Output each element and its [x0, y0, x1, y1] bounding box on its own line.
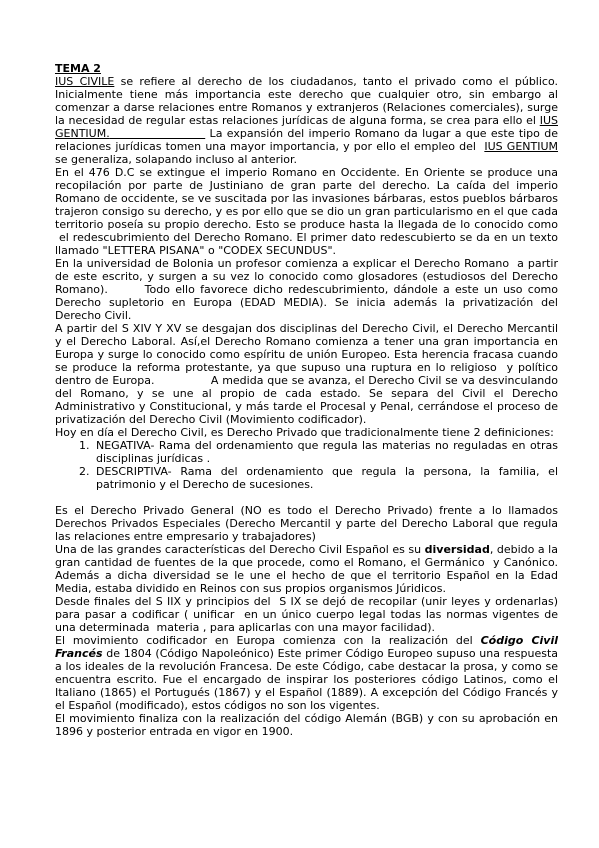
text-run: Es el Derecho Privado General (NO es tod…: [55, 504, 558, 543]
text-run: A partir del S XIV Y XV se desgajan dos …: [55, 322, 558, 426]
text-run: IUS GENTIUM: [484, 140, 558, 153]
text-run: IUS CIVILE: [55, 75, 114, 88]
paragraph-476-dc: En el 476 D.C se extingue el imperio Rom…: [55, 166, 558, 257]
paragraph-codigo-civil-frances: El movimiento codificador en Europa comi…: [55, 634, 558, 712]
blank-line: [55, 491, 558, 504]
doc-title: TEMA 2: [55, 62, 558, 75]
definitions-list: NEGATIVA- Rama del ordenamiento que regu…: [55, 439, 558, 491]
text-run: Una de las grandes características del D…: [55, 543, 425, 556]
list-item: NEGATIVA- Rama del ordenamiento que regu…: [93, 439, 558, 465]
document-body: TEMA 2IUS CIVILE se refiere al derecho d…: [55, 62, 558, 738]
text-run: En la universidad de Bolonia un profesor…: [55, 257, 558, 322]
text-run: [110, 127, 206, 140]
text-run: Desde finales del S IIX y principios del…: [55, 595, 558, 634]
text-run: El movimiento finaliza con la realizació…: [55, 712, 558, 738]
text-run: diversidad: [425, 543, 490, 556]
paragraph-diversidad: Una de las grandes características del D…: [55, 543, 558, 595]
text-run: En el 476 D.C se extingue el imperio Rom…: [55, 166, 558, 257]
text-run: TEMA 2: [55, 62, 101, 75]
text-run: NEGATIVA- Rama del ordenamiento que regu…: [96, 439, 558, 465]
paragraph-siglos-xiv-xv: A partir del S XIV Y XV se desgajan dos …: [55, 322, 558, 426]
text-run: se refiere al derecho de los ciudadanos,…: [55, 75, 558, 127]
paragraph-derecho-privado-general: Es el Derecho Privado General (NO es tod…: [55, 504, 558, 543]
text-run: de 1804 (Código Napoleónico) Este primer…: [55, 647, 558, 712]
document-page: TEMA 2IUS CIVILE se refiere al derecho d…: [0, 0, 599, 848]
paragraph-bgb: El movimiento finaliza con la realizació…: [55, 712, 558, 738]
text-run: El movimiento codificador en Europa comi…: [55, 634, 481, 647]
text-run: Hoy en día el Derecho Civil, es Derecho …: [55, 426, 554, 439]
text-run: DESCRIPTIVA- Rama del ordenamiento que r…: [96, 465, 558, 491]
paragraph-definiciones-intro: Hoy en día el Derecho Civil, es Derecho …: [55, 426, 558, 439]
text-run: se generaliza, solapando incluso al ante…: [55, 153, 297, 166]
list-item: DESCRIPTIVA- Rama del ordenamiento que r…: [93, 465, 558, 491]
paragraph-bolonia: En la universidad de Bolonia un profesor…: [55, 257, 558, 322]
paragraph-codificar: Desde finales del S IIX y principios del…: [55, 595, 558, 634]
paragraph-ius-civile: IUS CIVILE se refiere al derecho de los …: [55, 75, 558, 166]
